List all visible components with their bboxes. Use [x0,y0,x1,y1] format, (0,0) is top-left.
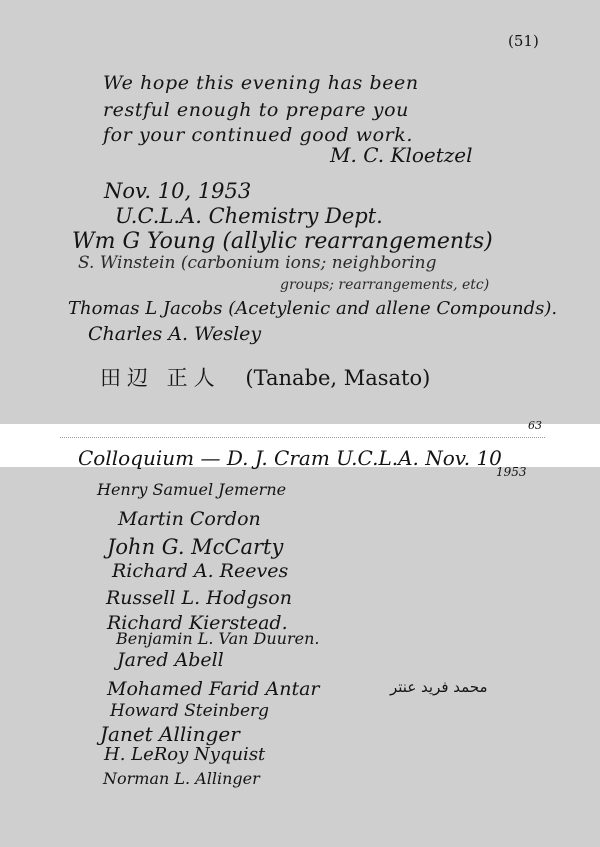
attendee-name: Thomas L Jacobs [68,298,223,319]
attendee-native-name: 田辺 正人 [100,366,221,390]
attendee-name: S. Winstein [78,253,175,273]
attendee-entry: Thomas L Jacobs (Acetylenic and allene C… [68,300,557,318]
signature: Martin Cordon [118,510,261,529]
signature: Howard Steinberg [110,703,269,720]
note-line: restful enough to prepare you [103,101,409,120]
signature: Henry Samuel Jemerne [97,482,286,498]
note-line: We hope this evening has been [103,74,419,93]
attendee-entry: 田辺 正人 (Tanabe, Masato) [100,368,430,389]
attendee-name: (Tanabe, Masato) [245,366,430,390]
signature: Richard A. Reeves [112,562,288,581]
colloquium-heading: Colloquium — D. J. Cram U.C.L.A. Nov. 10 [78,448,502,468]
attendee-name: Wm G Young [72,229,215,254]
signature: H. LeRoy Nyquist [104,746,265,764]
attendee-entry: S. Winstein (carbonium ions; neighboring [78,255,436,272]
attendee-entry: Charles A. Wesley [88,325,261,344]
signature: Janet Allinger [100,724,240,744]
attendee-note: (allylic rearrangements) [222,229,492,254]
colloquium-year: 1953 [496,466,527,478]
signature: Mohamed Farid Antar [107,680,320,699]
attendee-entry: Wm G Young (allylic rearrangements) [72,231,493,253]
signature: Benjamin L. Van Duuren. [116,631,319,647]
signature: Jared Abell [117,651,224,670]
attendee-note: (carbonium ions; neighboring [181,253,437,273]
attendee-note: (Acetylenic and allene Compounds). [228,298,557,319]
signature: Norman L. Allinger [103,771,260,787]
signature: Russell L. Hodgson [106,589,292,608]
department: U.C.L.A. Chemistry Dept. [115,206,383,227]
attendee-name: Charles A. Wesley [88,323,261,345]
folio-number: 63 [528,420,542,431]
torn-edge-rule [60,437,545,438]
session-date: Nov. 10, 1953 [104,181,251,202]
note-signature: M. C. Kloetzel [330,145,473,165]
page-number: (51) [508,34,539,49]
attendee-note-continuation: groups; rearrangements, etc) [280,278,489,292]
signature: John G. McCarty [107,537,283,558]
arabic-signature: محمد فريد عنتر [390,680,488,695]
